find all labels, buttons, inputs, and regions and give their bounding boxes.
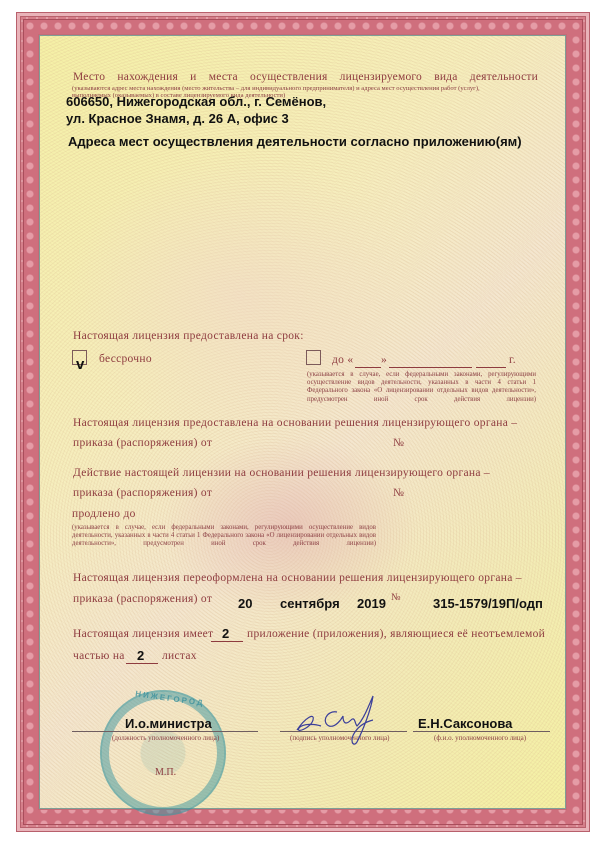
official-seal <box>100 690 226 816</box>
location-heading: Место нахождения и места осуществления л… <box>73 71 538 83</box>
reissue-day: 20 <box>238 596 252 611</box>
appendices-count-line <box>211 641 243 642</box>
name-caption: (ф.и.о. уполномоченного лица) <box>434 734 526 742</box>
grant-number-sign: № <box>393 437 404 449</box>
extension-number-sign: № <box>393 487 404 499</box>
extension-basis-line1: Действие настоящей лицензии на основании… <box>73 467 490 479</box>
reissue-year: 2019 <box>357 596 386 611</box>
sheets-prefix: частью на <box>73 650 125 662</box>
name-line <box>413 731 550 732</box>
address-line-2: ул. Красное Знамя, д. 26 А, офис 3 <box>66 111 289 126</box>
seal-place-label: М.П. <box>155 767 176 778</box>
unlimited-label: бессрочно <box>99 353 152 365</box>
grant-basis-line2: приказа (распоряжения) от <box>73 437 212 449</box>
reissue-month: сентября <box>280 596 340 611</box>
sheets-count-line <box>126 663 158 664</box>
appendices-count: 2 <box>222 626 229 641</box>
appendices-prefix: Настоящая лицензия имеет <box>73 628 213 640</box>
extended-until-label: продлено до <box>72 508 136 520</box>
reissue-basis-line1: Настоящая лицензия переоформлена на осно… <box>73 572 522 584</box>
signer-position: И.о.министра <box>125 716 212 731</box>
reissue-number-sign: № <box>391 592 401 603</box>
until-quote-close: » <box>381 354 387 366</box>
grant-basis-line1: Настоящая лицензия предоставлена на осно… <box>73 417 517 429</box>
extension-note: (указывается в случае, если федеральными… <box>72 524 376 549</box>
until-month-field[interactable] <box>389 367 472 368</box>
sheets-count: 2 <box>137 648 144 663</box>
until-year-suffix: г. <box>509 354 516 366</box>
appendices-middle: приложение (приложения), являющиеся её н… <box>247 628 545 640</box>
reissue-order-number: 315-1579/19П/одп <box>433 596 543 611</box>
until-year-field[interactable] <box>476 367 506 368</box>
until-day-field[interactable] <box>355 367 381 368</box>
extension-basis-line2: приказа (распоряжения) от <box>73 487 212 499</box>
reissue-basis-line2: приказа (распоряжения) от <box>73 593 212 605</box>
until-note: (указывается в случае, если федеральными… <box>307 371 536 404</box>
position-caption: (должность уполномоченного лица) <box>112 734 219 742</box>
address-line-1: 606650, Нижегородская обл., г. Семёнов, <box>66 94 326 109</box>
until-prefix: до « <box>332 354 353 366</box>
until-date-checkbox[interactable] <box>306 350 321 365</box>
signer-name: Е.Н.Саксонова <box>418 716 512 731</box>
position-line <box>72 731 258 732</box>
activity-addresses-note: Адреса мест осуществления деятельности с… <box>68 134 522 149</box>
sheets-suffix: листах <box>162 650 197 662</box>
handwritten-signature <box>285 690 395 750</box>
check-mark-icon: v <box>76 356 84 373</box>
term-label: Настоящая лицензия предоставлена на срок… <box>73 330 304 342</box>
